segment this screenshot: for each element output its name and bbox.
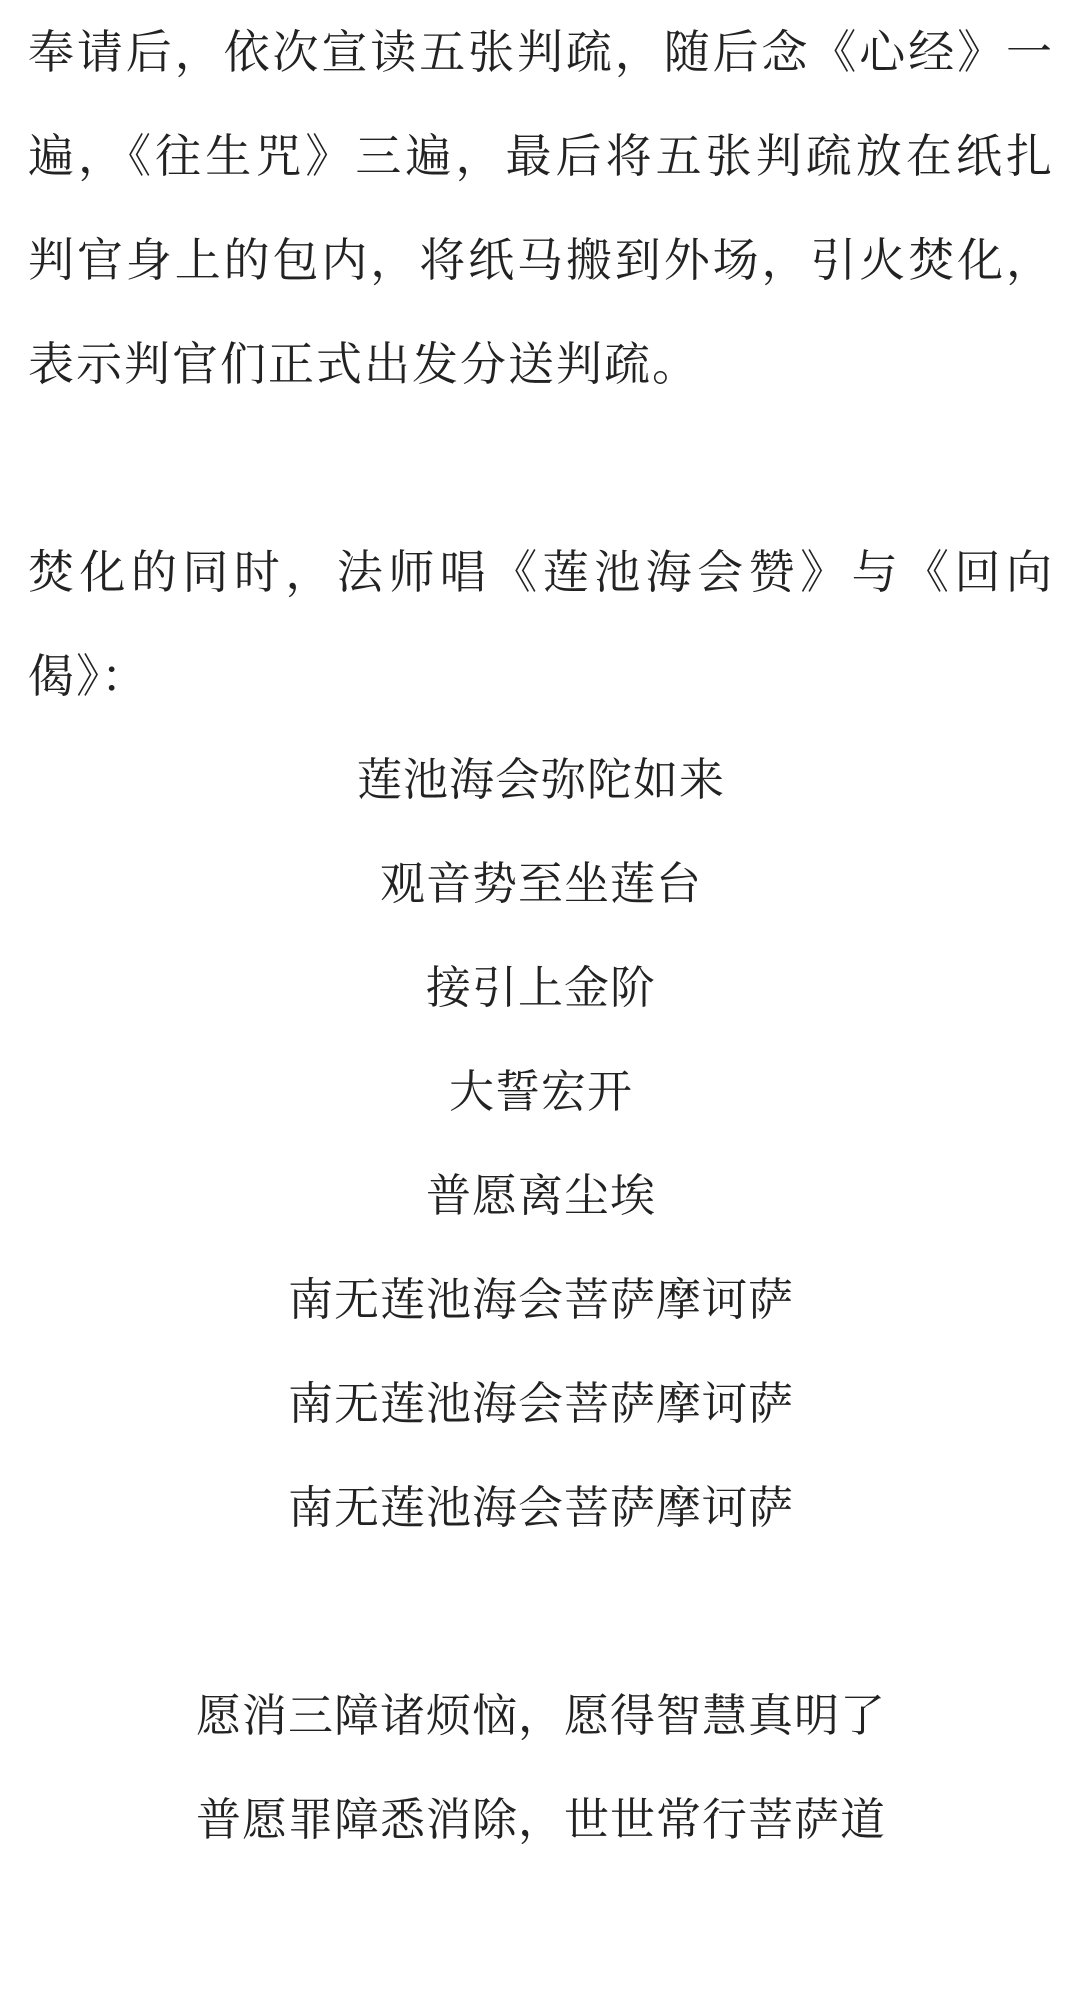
verse-line: 莲池海会弥陀如来 — [28, 728, 1054, 832]
dedication-verse: 愿消三障诸烦恼，愿得智慧真明了 普愿罪障悉消除，世世常行菩萨道 — [28, 1664, 1054, 1872]
verse-line: 普愿离尘埃 — [28, 1144, 1054, 1248]
verse-line: 南无莲池海会菩萨摩诃萨 — [28, 1352, 1054, 1456]
verse-line: 接引上金阶 — [28, 936, 1054, 1040]
verse-spacer — [28, 1560, 1054, 1664]
verse-line: 南无莲池海会菩萨摩诃萨 — [28, 1456, 1054, 1560]
article-body: 奉请后，依次宣读五张判疏，随后念《心经》一遍，《往生咒》三遍，最后将五张判疏放在… — [28, 0, 1054, 1872]
dedication-line: 普愿罪障悉消除，世世常行菩萨道 — [28, 1768, 1054, 1872]
verse-line: 观音势至坐莲台 — [28, 832, 1054, 936]
paragraph-spacer — [28, 416, 1054, 520]
paragraph-chant-intro: 焚化的同时，法师唱《莲池海会赞》与《回向偈》： — [28, 520, 1054, 728]
verse-line: 大誓宏开 — [28, 1040, 1054, 1144]
lotus-pool-hymn: 莲池海会弥陀如来 观音势至坐莲台 接引上金阶 大誓宏开 普愿离尘埃 南无莲池海会… — [28, 728, 1054, 1560]
paragraph-burning-ritual: 奉请后，依次宣读五张判疏，随后念《心经》一遍，《往生咒》三遍，最后将五张判疏放在… — [28, 0, 1054, 416]
dedication-line: 愿消三障诸烦恼，愿得智慧真明了 — [28, 1664, 1054, 1768]
verse-line: 南无莲池海会菩萨摩诃萨 — [28, 1248, 1054, 1352]
